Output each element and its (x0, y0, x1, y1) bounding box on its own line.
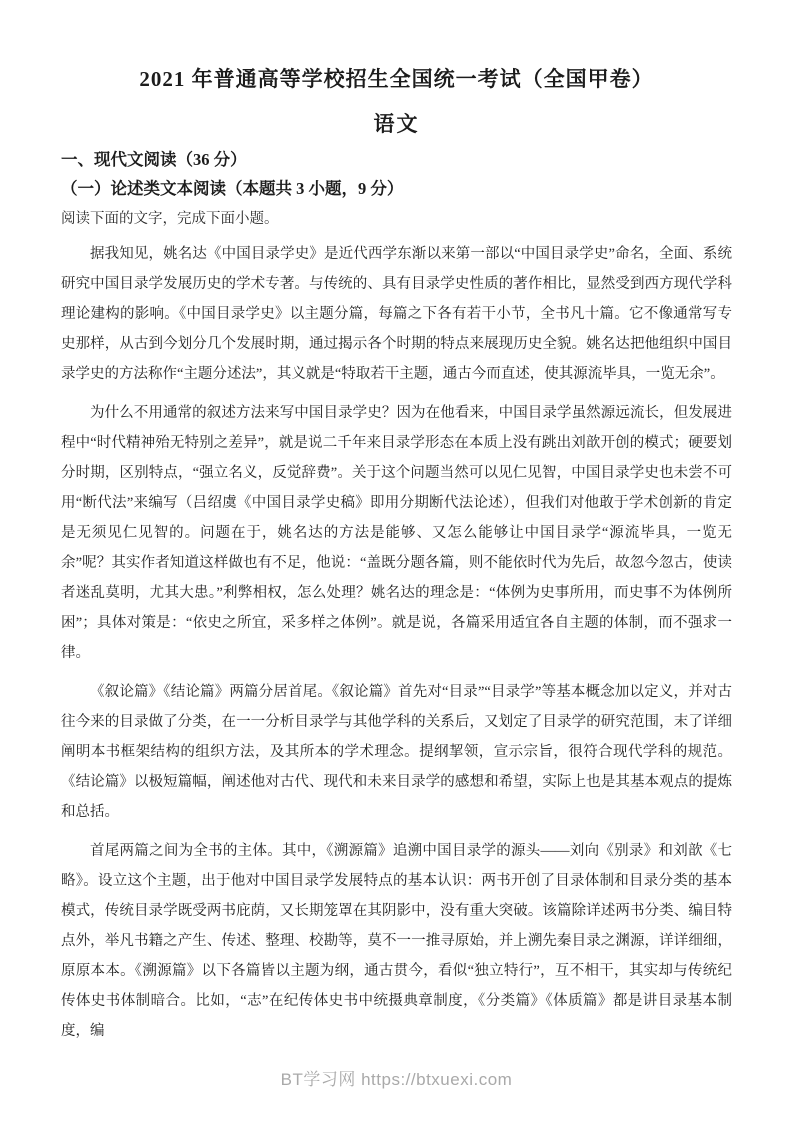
passage-paragraph-1: 据我知见，姚名达《中国目录学史》是近代西学东渐以来第一部以“中国目录学史”命名，… (61, 239, 732, 389)
passage-paragraph-4: 首尾两篇之间为全书的主体。其中，《溯源篇》追溯中国目录学的源头——刘向《别录》和… (61, 836, 732, 1046)
watermark: BT学习网 https://btxuexi.com (0, 1065, 793, 1090)
exam-page: 2021 年普通高等学校招生全国统一考试（全国甲卷） 语文 一、现代文阅读（36… (0, 0, 793, 1122)
passage-paragraph-3: 《叙论篇》《结论篇》两篇分居首尾。《叙论篇》首先对“目录”“目录学”等基本概念加… (61, 677, 732, 827)
reading-instruction: 阅读下面的文字，完成下面小题。 (61, 209, 732, 230)
passage-paragraph-2: 为什么不用通常的叙述方法来写中国目录学史？因为在他看来，中国目录学虽然源远流长，… (61, 398, 732, 668)
section-heading-modern-reading: 一、现代文阅读（36 分） (61, 149, 732, 170)
subject-title: 语文 (61, 111, 732, 138)
exam-title: 2021 年普通高等学校招生全国统一考试（全国甲卷） (61, 66, 732, 92)
subsection-heading-discursive-text: （一）论述类文本阅读（本题共 3 小题，9 分） (61, 178, 732, 199)
